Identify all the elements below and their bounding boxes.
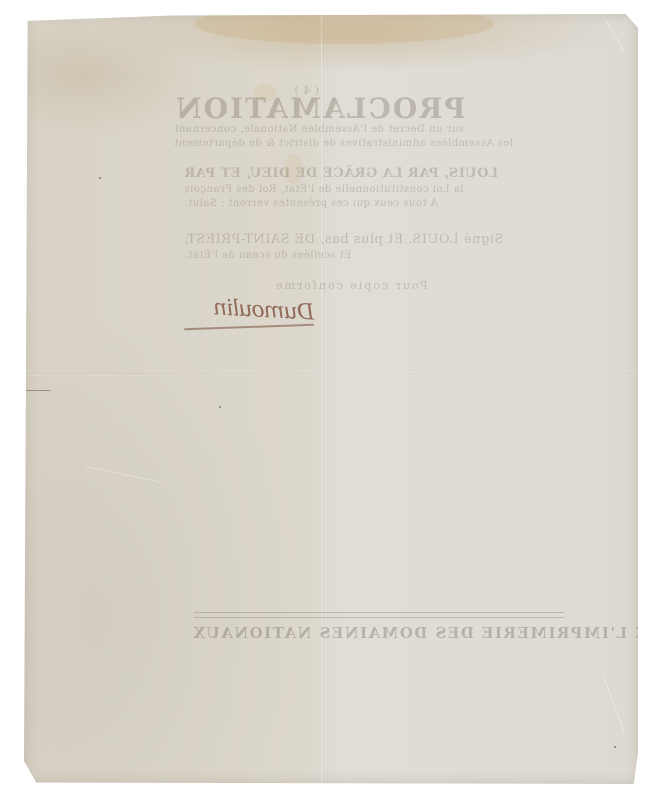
paper-wrinkle xyxy=(603,676,624,733)
paper-speck xyxy=(614,746,616,748)
horizontal-fold-crease xyxy=(24,374,638,376)
handwritten-signature: Dumoulin xyxy=(213,295,314,325)
corner-crease xyxy=(604,17,625,52)
double-rule-divider xyxy=(194,612,564,618)
body-line: la Loi constitutionnelle de l'État, Roi … xyxy=(184,184,464,195)
paper-speck xyxy=(99,177,101,179)
subtitle-line: sur un Décret de l'Assemblée Nationale, … xyxy=(174,124,464,135)
body-line: Signé LOUIS. Et plus bas, DE SAINT-PRIES… xyxy=(184,232,503,247)
top-water-stain xyxy=(194,4,494,44)
paper-sheet: ( 4 ) PROCLAMATION sur un Décret de l'As… xyxy=(24,14,638,784)
secondary-heading: LOUIS, PAR LA GRÂCE DE DIEU, ET PAR xyxy=(184,166,498,181)
edge-mark xyxy=(24,390,50,391)
signature-flourish xyxy=(184,324,314,331)
closing-line: Pour copie conforme xyxy=(274,279,428,292)
paper-speck xyxy=(219,406,221,408)
body-line: Et scellées du sceau de l'État. xyxy=(184,250,351,261)
paper-wrinkle xyxy=(85,466,163,484)
document-title: PROCLAMATION xyxy=(174,92,466,125)
body-line: À tous ceux qui ces présentes verront ; … xyxy=(184,198,438,209)
subtitle-line: les Assemblées administratives de distri… xyxy=(174,138,513,149)
printer-colophon: DE L'IMPRIMERIE DES DOMAINES NATIONAUX xyxy=(192,624,651,642)
